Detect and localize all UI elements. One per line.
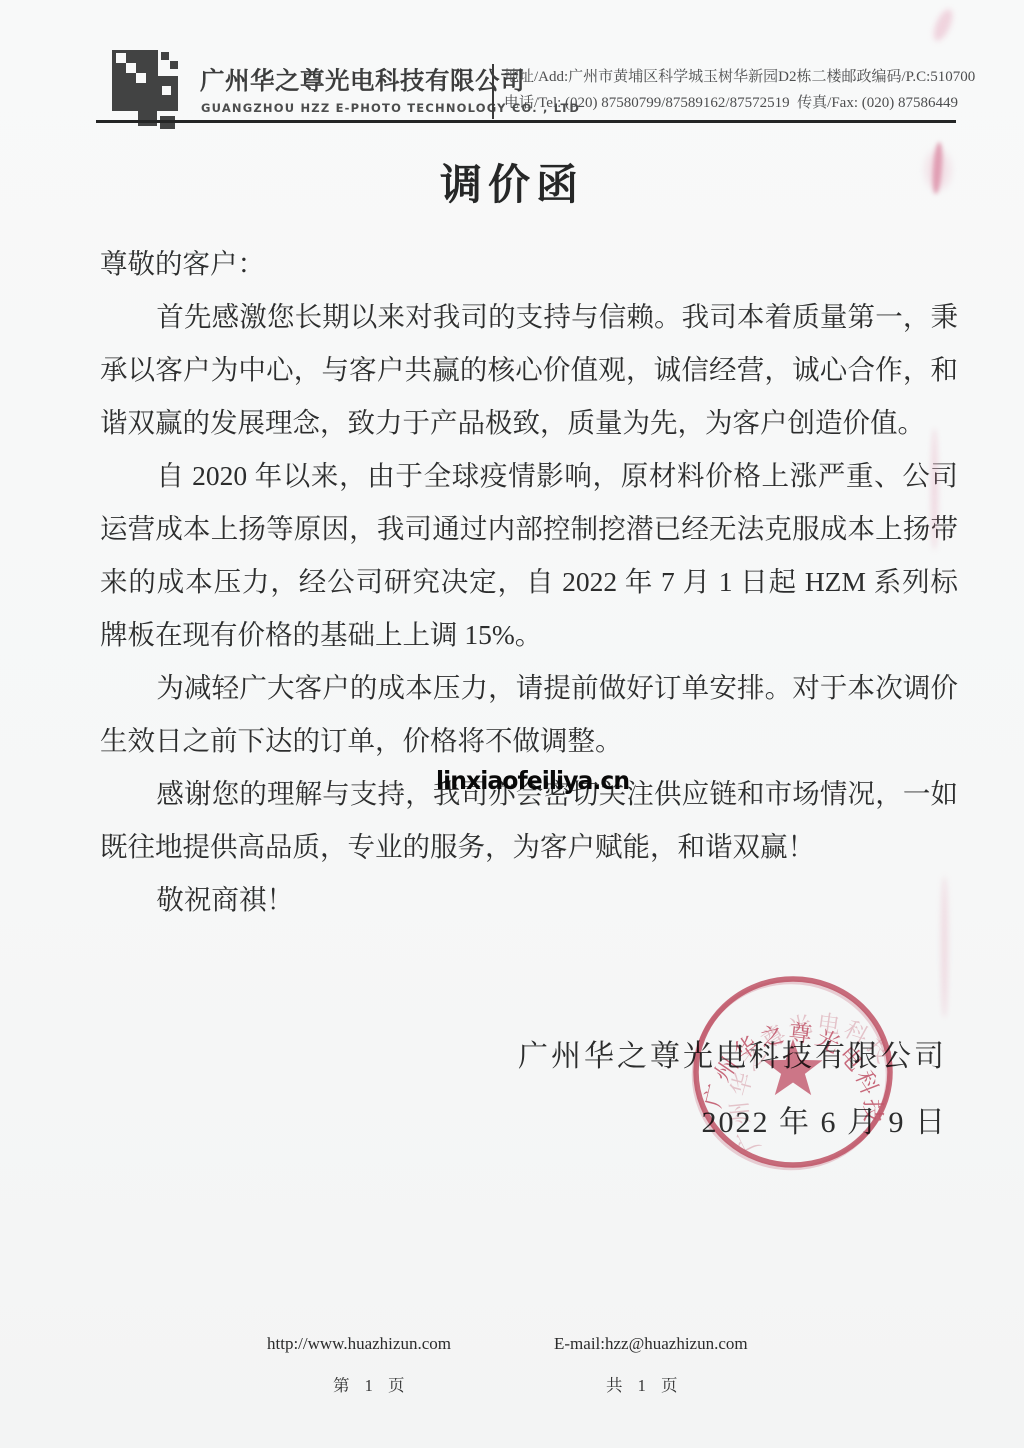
paragraph-1: 首先感激您长期以来对我司的支持与信赖。我司本着质量第一，秉承以客户为中心，与客户… [100, 290, 958, 449]
salutation: 尊敬的客户： [100, 237, 958, 290]
letter-title: 调价函 [0, 152, 1024, 212]
fax-number: 传真/Fax: (020) 87586449 [797, 90, 958, 116]
scanned-letter-page: 广州华之尊光电科技有限公司 GUANGZHOU HZZ E-PHOTO TECH… [0, 0, 1024, 1448]
header-divider [492, 64, 494, 119]
footer-website: http://www.huazhizun.com [267, 1334, 451, 1354]
watermark-text: linxiaofeiliya.cn [436, 766, 629, 795]
paragraph-2: 自 2020 年以来，由于全球疫情影响，原材料价格上涨严重、公司运营成本上扬等原… [100, 449, 958, 661]
letter-body: 尊敬的客户： 首先感激您长期以来对我司的支持与信赖。我司本着质量第一，秉承以客户… [100, 237, 958, 926]
company-seal: 广州华之尊光电科技有限公司 广州华之尊光电科技有限公司 [688, 963, 900, 1181]
company-name-en: GUANGZHOU HZZ E-PHOTO TECHNOLOGY CO. , L… [201, 101, 501, 115]
scan-artifact-pink-smudge [930, 7, 957, 44]
footer-page-total: 共 1 页 [606, 1372, 678, 1396]
postal-code: 邮政编码/P.C:510700 [842, 64, 976, 90]
company-name-cn: 广州华之尊光电科技有限公司 [200, 62, 500, 97]
header-rule [96, 120, 956, 123]
header-contact-block: 地址/Add:广州市黄埔区科学城玉树华新园D2栋二楼 邮政编码/P.C:5107… [504, 64, 958, 116]
company-address: 地址/Add:广州市黄埔区科学城玉树华新园D2栋二楼 [504, 64, 842, 90]
closing-line: 敬祝商祺！ [100, 873, 958, 926]
footer-email: E-mail:hzz@huazhizun.com [554, 1334, 748, 1354]
footer-page-number: 第 1 页 [333, 1372, 405, 1396]
paragraph-3: 为减轻广大客户的成本压力，请提前做好订单安排。对于本次调价生效日之前下达的订单，… [100, 661, 958, 767]
phone-numbers: 电话/Tel: (020) 87580799/87589162/87572519 [504, 90, 790, 116]
